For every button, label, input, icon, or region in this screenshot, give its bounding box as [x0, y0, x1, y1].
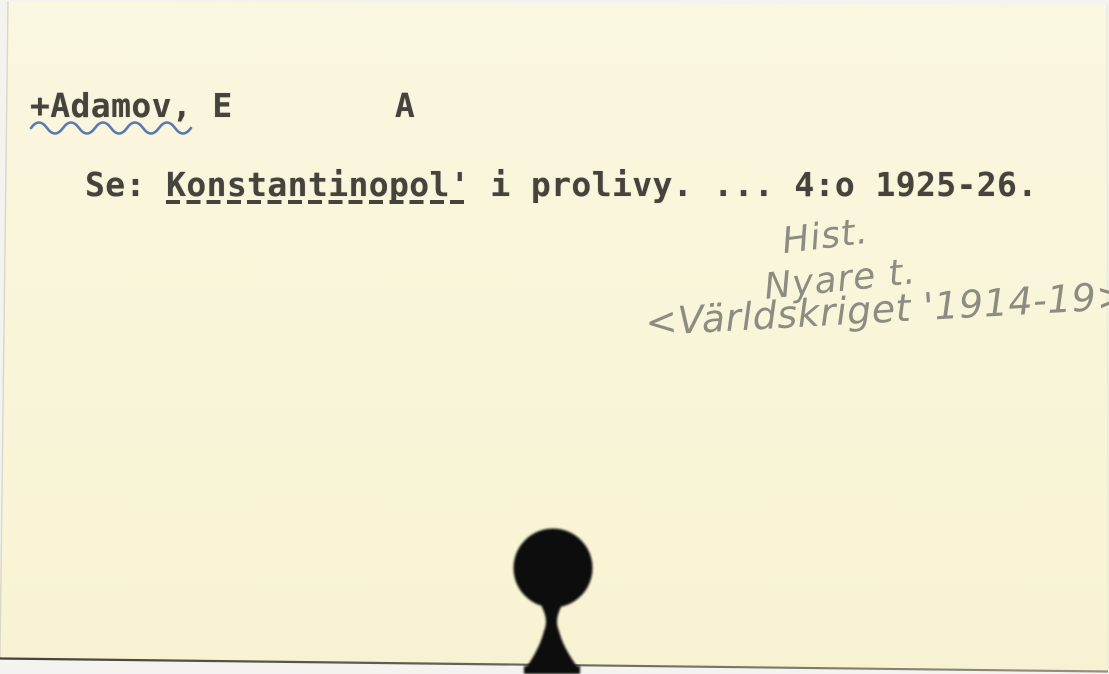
reference-rest: i prolivy. ... 4:o 1925-26. [470, 165, 1038, 204]
catalog-card-scan: +Adamov, E A Se: Konstantinopol' i proli… [0, 0, 1109, 674]
reference-title-underlined: Konstantinopol' [166, 165, 470, 204]
card-right-edge [1107, 5, 1108, 671]
card-left-edge [0, 1, 8, 658]
see-reference-line: Se: Konstantinopol' i prolivy. ... 4:o 1… [85, 167, 1038, 203]
typed-heading-line: +Adamov, E A [30, 88, 415, 124]
reference-prefix: Se: [85, 165, 166, 204]
card-bottom-edge [0, 659, 1108, 672]
pencil-note-subject: Hist. [780, 211, 871, 262]
